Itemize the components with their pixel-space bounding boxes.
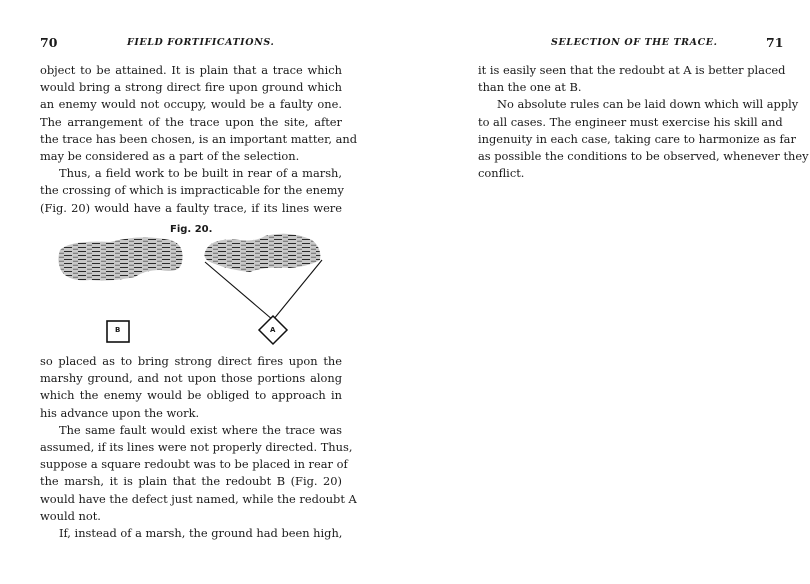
page-number: 71: [766, 35, 783, 50]
text-line: The same fault would exist where the tra…: [40, 422, 342, 439]
running-head: SELECTION OF THE TRACE.: [551, 37, 718, 48]
text-line: If, instead of a marsh, the ground had b…: [40, 525, 342, 542]
marsh-diagram: [50, 222, 340, 347]
text-line: the trace has been chosen, is an importa…: [40, 131, 342, 148]
figure-caption: Fig. 20.: [170, 224, 212, 235]
text-line: No absolute rules can be laid down which…: [478, 96, 778, 113]
text-line: assumed, if its lines were not properly …: [40, 439, 342, 456]
text-line: (Fig. 20) would have a faulty trace, if …: [40, 200, 342, 217]
text-line: conflict.: [478, 165, 778, 182]
redoubt-a-label: A: [270, 326, 275, 334]
text-line: would bring a strong direct fire upon gr…: [40, 79, 342, 96]
marsh-right: [204, 234, 320, 272]
text-line: would not.: [40, 508, 342, 525]
text-line: may be considered as a part of the selec…: [40, 148, 342, 165]
text-line: to all cases. The engineer must exercise…: [478, 114, 778, 131]
text-line: would have the defect just named, while …: [40, 491, 342, 508]
left-page: 70 FIELD FORTIFICATIONS. object to be at…: [0, 0, 405, 584]
text-line: it is easily seen that the redoubt at A …: [478, 62, 778, 79]
text-line: as possible the conditions to be observe…: [478, 148, 778, 165]
marsh-left: [58, 237, 182, 280]
text-line: suppose a square redoubt was to be place…: [40, 456, 342, 473]
text-line: his advance upon the work.: [40, 405, 342, 422]
text-block-bottom: so placed as to bring strong direct fire…: [40, 353, 342, 542]
text-line: than the one at B.: [478, 79, 778, 96]
text-line: ingenuity in each case, taking care to h…: [478, 131, 778, 148]
text-line: the crossing of which is impracticable f…: [40, 182, 342, 199]
text-block: it is easily seen that the redoubt at A …: [478, 62, 778, 182]
page-number: 70: [40, 35, 57, 50]
text-line: the marsh, it is plain that the redoubt …: [40, 473, 342, 490]
text-line: object to be attained. It is plain that …: [40, 62, 342, 79]
right-page: SELECTION OF THE TRACE. 71 it is easily …: [405, 0, 810, 584]
figure-20: Fig. 20. B A: [50, 222, 340, 347]
text-line: Thus, a field work to be built in rear o…: [40, 165, 342, 182]
redoubt-b-label: B: [115, 326, 120, 334]
running-head: FIELD FORTIFICATIONS.: [127, 37, 274, 48]
text-line: marshy ground, and not upon those portio…: [40, 370, 342, 387]
text-line: The arrangement of the trace upon the si…: [40, 114, 342, 131]
text-block-top: object to be attained. It is plain that …: [40, 62, 342, 217]
text-line: which the enemy would be obliged to appr…: [40, 387, 342, 404]
text-line: an enemy would not occupy, would be a fa…: [40, 96, 342, 113]
text-line: so placed as to bring strong direct fire…: [40, 353, 342, 370]
